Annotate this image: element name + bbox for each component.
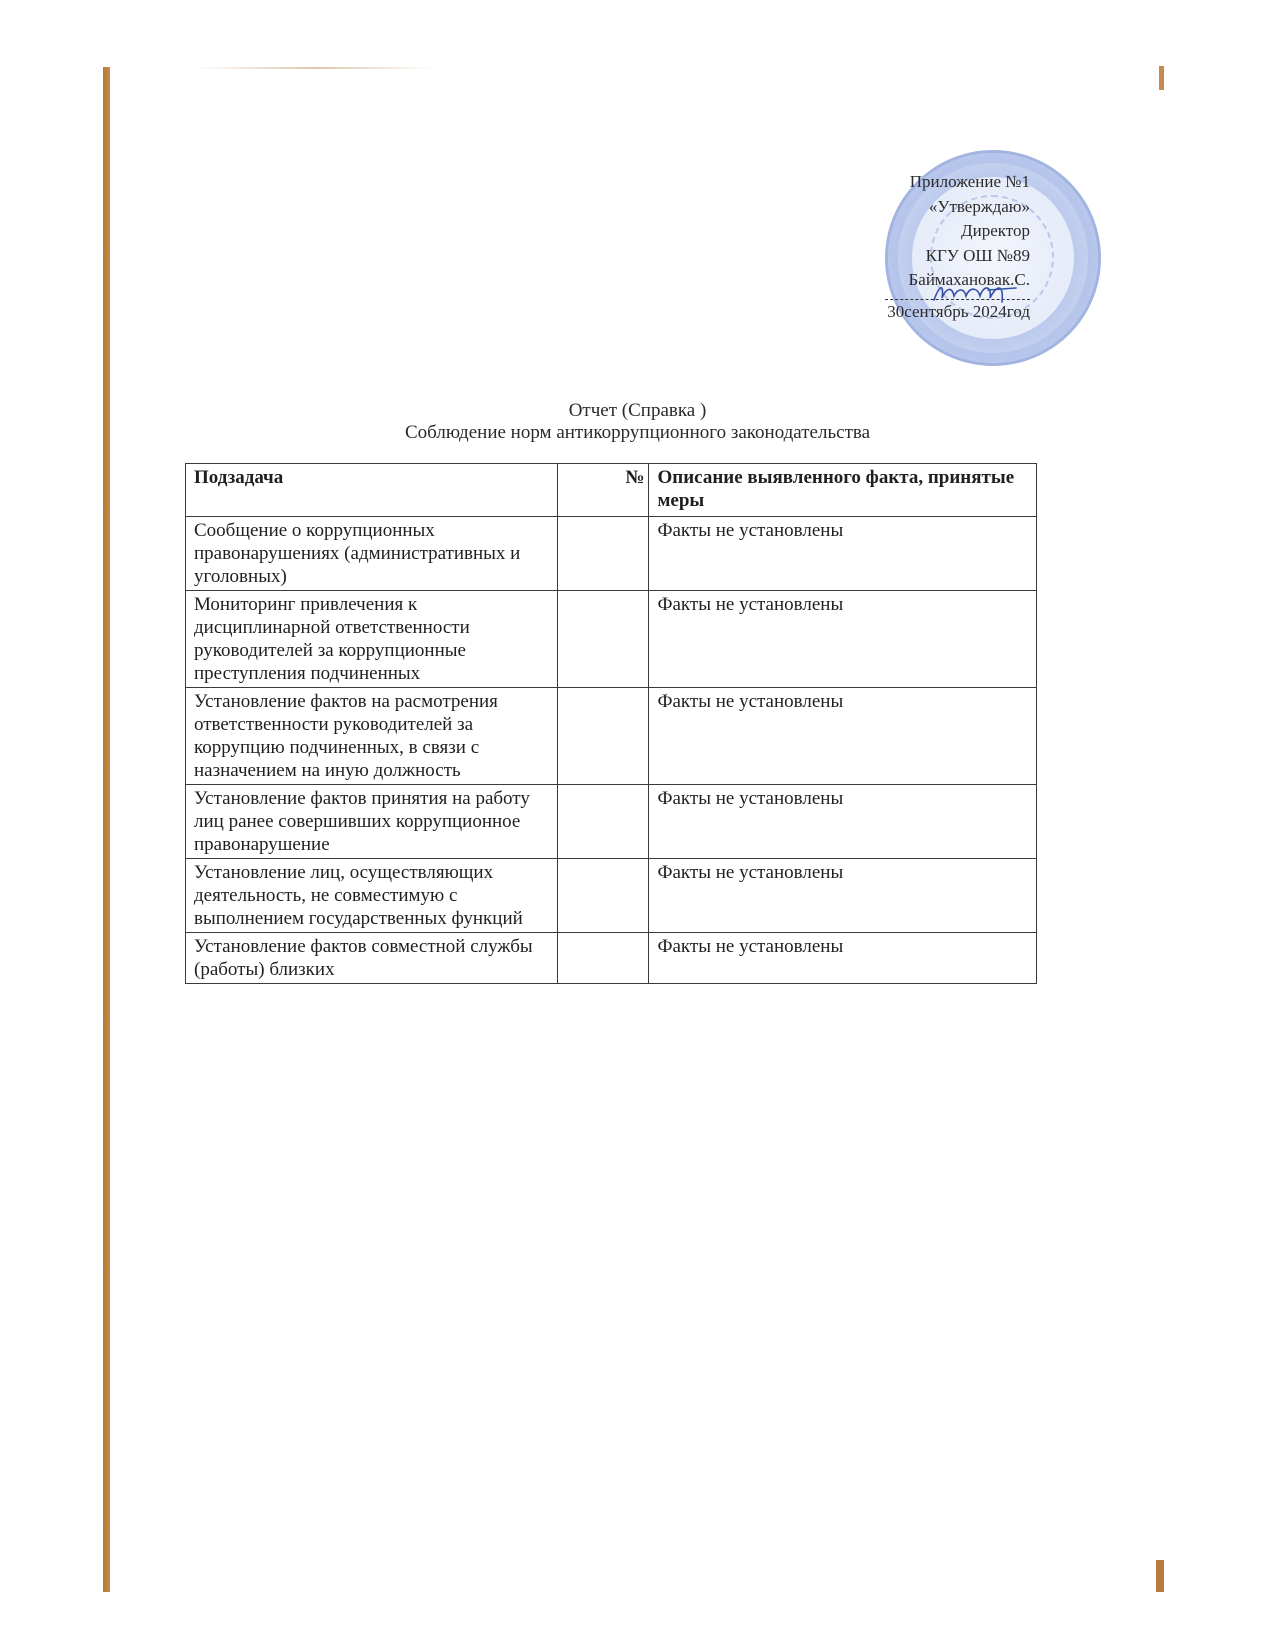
table-row: Сообщение о коррупционных правонарушения… [186,517,1037,591]
table-header-row: Подзадача № Описание выявленного факта, … [186,464,1037,517]
header-subtask: Подзадача [186,464,558,517]
cell-subtask: Мониторинг привлечения к дисциплинарной … [186,591,558,688]
report-table: Подзадача № Описание выявленного факта, … [185,463,1037,984]
cell-number [557,933,649,984]
table-row: Установление фактов на расмотрения ответ… [186,688,1037,785]
approval-line-approve: «Утверждаю» [880,195,1030,220]
table-row: Мониторинг привлечения к дисциплинарной … [186,591,1037,688]
cell-number [557,517,649,591]
header-description: Описание выявленного факта, принятые мер… [649,464,1037,517]
document-subtitle: Соблюдение норм антикоррупционного закон… [0,422,1275,444]
cell-number [557,859,649,933]
table-row: Установление фактов принятия на работу л… [186,785,1037,859]
approval-line-appendix: Приложение №1 [880,170,1030,195]
cell-subtask: Установление фактов принятия на работу л… [186,785,558,859]
cell-subtask: Установление фактов совместной службы (р… [186,933,558,984]
document-title: Отчет (Справка ) [0,400,1275,422]
cell-number [557,688,649,785]
cell-subtask: Установление лиц, осуществляющих деятель… [186,859,558,933]
cell-description: Факты не установлены [649,688,1037,785]
cell-number [557,785,649,859]
cell-description: Факты не установлены [649,517,1037,591]
table-row: Установление лиц, осуществляющих деятель… [186,859,1037,933]
cell-description: Факты не установлены [649,591,1037,688]
paper-edge-right-top [1159,66,1164,90]
approval-line-position: Директор [880,219,1030,244]
cell-description: Факты не установлены [649,785,1037,859]
scan-streak [195,67,435,69]
paper-edge-right-bottom [1156,1560,1164,1592]
cell-subtask: Установление фактов на расмотрения ответ… [186,688,558,785]
cell-subtask: Сообщение о коррупционных правонарушения… [186,517,558,591]
table-row: Установление фактов совместной службы (р… [186,933,1037,984]
cell-description: Факты не установлены [649,933,1037,984]
header-number: № [557,464,649,517]
paper-edge-left [103,67,110,1592]
signature-icon [930,280,1020,306]
cell-description: Факты не установлены [649,859,1037,933]
approval-line-organization: КГУ ОШ №89 [880,244,1030,269]
cell-number [557,591,649,688]
